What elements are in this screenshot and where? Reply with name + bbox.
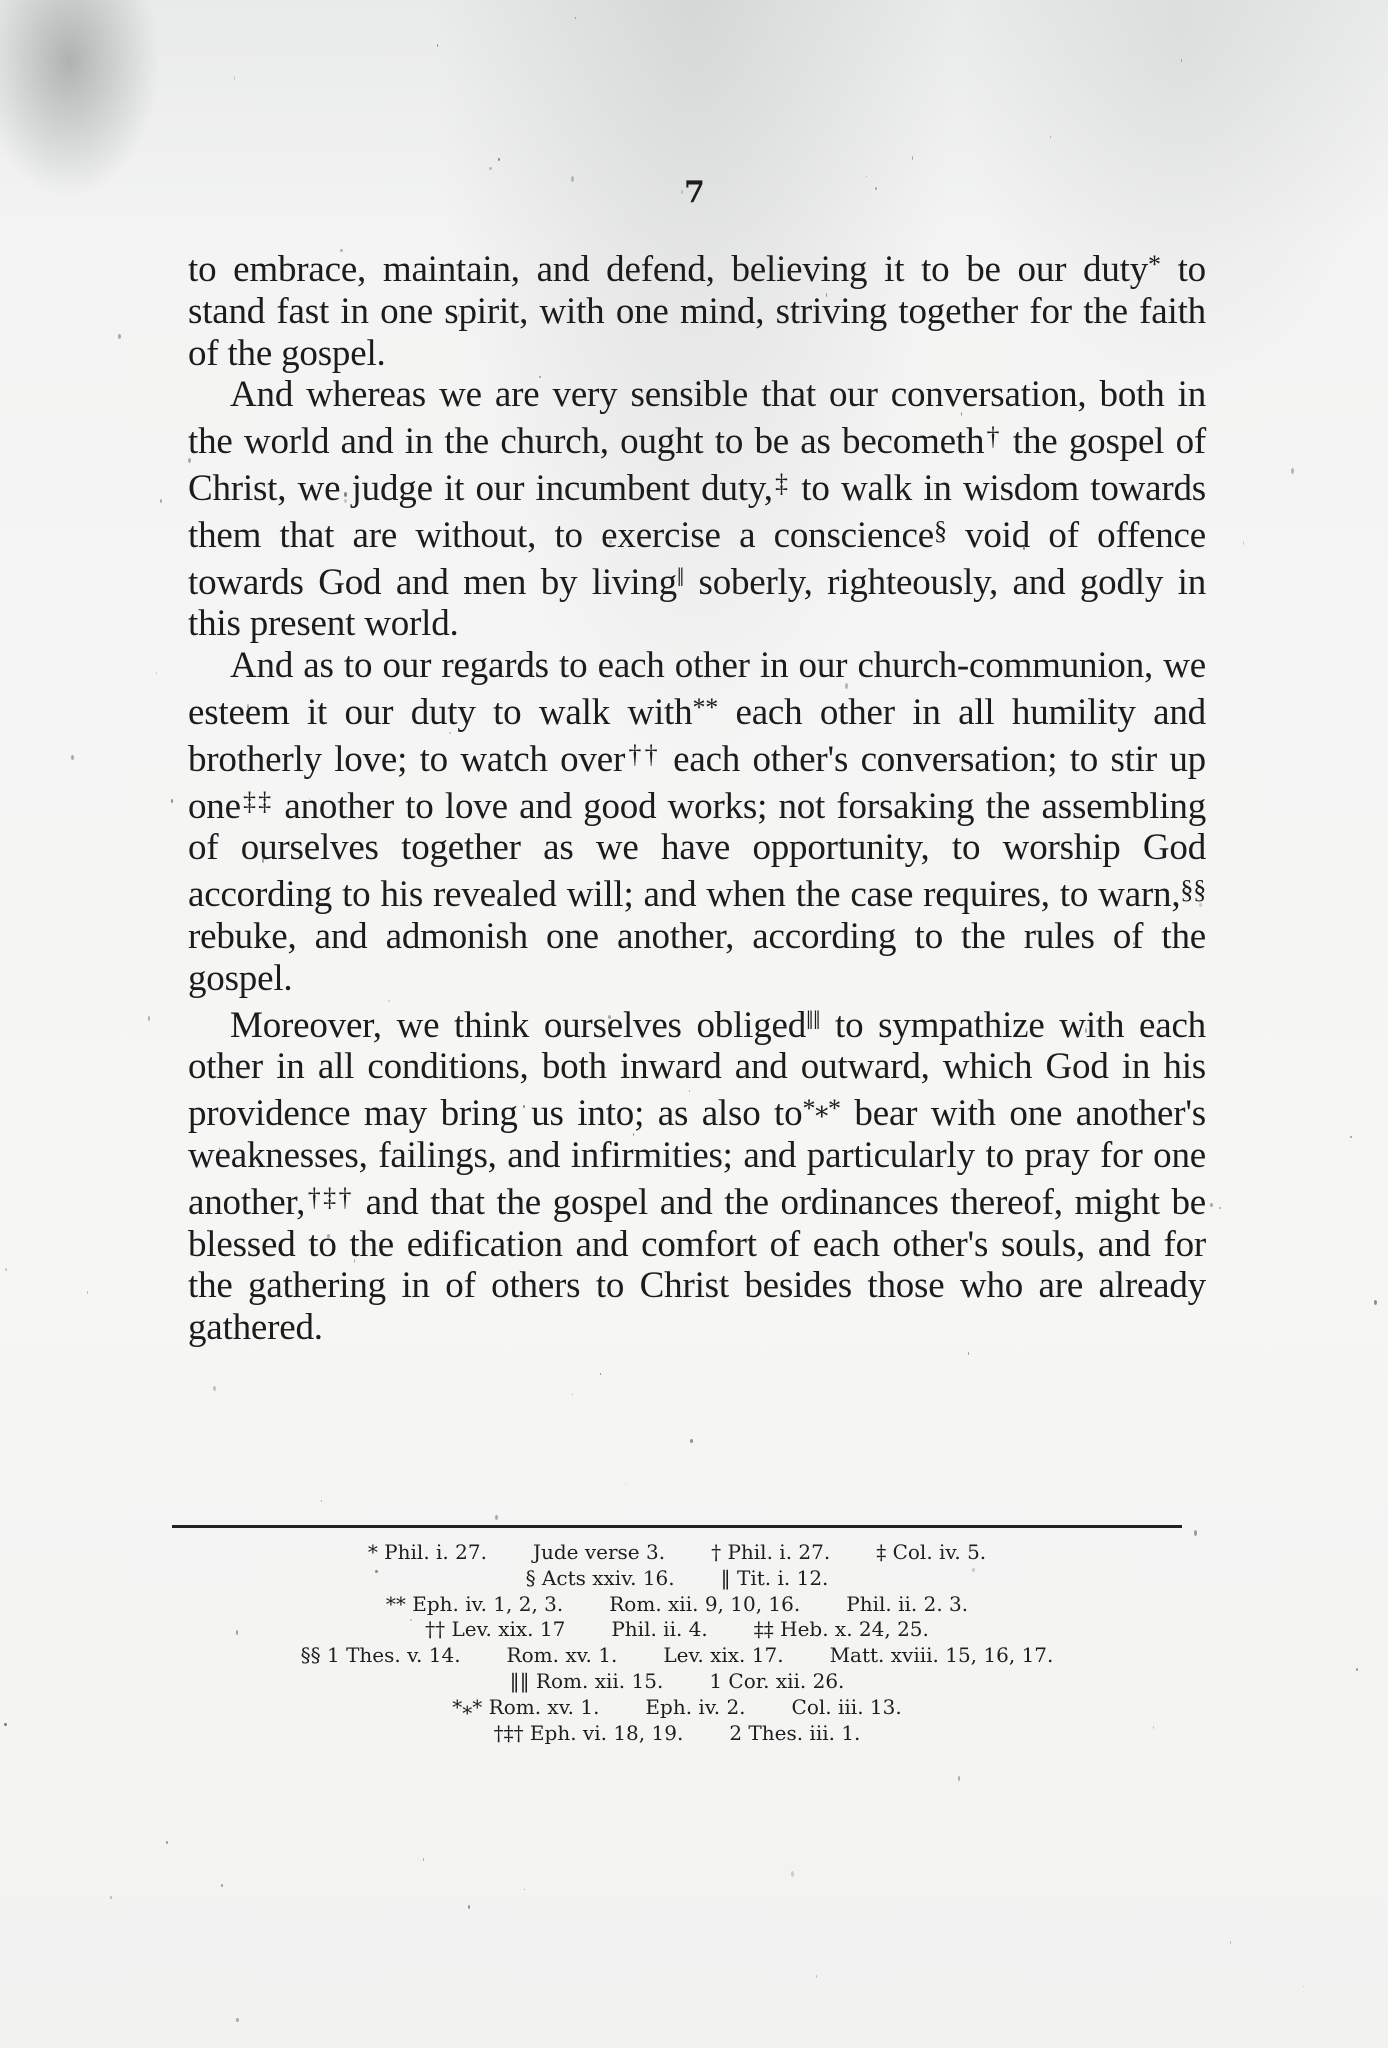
footnote-citation: 1 Cor. xii. 26. xyxy=(709,1669,844,1695)
spacer xyxy=(461,1643,507,1669)
footnote-reference: ‖ xyxy=(677,563,684,592)
footnote-citation: ** Eph. iv. 1, 2, 3. xyxy=(386,1592,563,1618)
footnote-line: ‖‖ Rom. xii. 15.1 Cor. xii. 26. xyxy=(172,1669,1182,1695)
spacer xyxy=(800,1592,846,1618)
footnote-reference: † xyxy=(984,422,1001,451)
spacer xyxy=(675,1566,721,1592)
footnote-reference: ‡ xyxy=(773,469,790,498)
spacer xyxy=(563,1592,609,1618)
spacer xyxy=(617,1643,663,1669)
footnote-citation: Phil. ii. 2. 3. xyxy=(846,1592,968,1618)
footnote-citation: Lev. xix. 17. xyxy=(663,1643,783,1669)
footnote-citation: ‡ Col. iv. 5. xyxy=(876,1540,986,1566)
spacer xyxy=(565,1617,611,1643)
footnote-reference: * xyxy=(1148,250,1161,279)
page-number: 7 xyxy=(684,178,705,208)
spacer xyxy=(663,1669,709,1695)
footnote-reference: § xyxy=(934,516,947,545)
footnote-citation: †† Lev. xix. 17 xyxy=(425,1617,565,1643)
footnote-citation: ‖ Tit. i. 12. xyxy=(721,1566,829,1592)
spacer xyxy=(665,1540,711,1566)
footnote-citation: † Phil. i. 27. xyxy=(711,1540,830,1566)
footnote-citation: Rom. xii. 9, 10, 16. xyxy=(609,1592,800,1618)
footnote-citation: * Phil. i. 27. xyxy=(368,1540,487,1566)
footnote-reference: *⁎* xyxy=(802,1094,840,1123)
footnote-citation: *⁎* Rom. xv. 1. xyxy=(452,1695,599,1721)
footnote-citation: Phil. ii. 4. xyxy=(611,1617,707,1643)
spacer xyxy=(599,1695,645,1721)
footnote-citation: 2 Thes. iii. 1. xyxy=(729,1721,860,1747)
paragraph-text: rebuke, and admonish one another, accord… xyxy=(188,916,1206,999)
footnote-line: * Phil. i. 27.Jude verse 3.† Phil. i. 27… xyxy=(172,1540,1182,1566)
spacer xyxy=(683,1721,729,1747)
spacer xyxy=(487,1540,533,1566)
footnote-line: ** Eph. iv. 1, 2, 3.Rom. xii. 9, 10, 16.… xyxy=(172,1592,1182,1618)
spacer xyxy=(830,1540,876,1566)
paragraph: Moreover, we think ourselves obliged‖‖ t… xyxy=(188,1000,1206,1349)
footnote-reference: †‡† xyxy=(305,1183,354,1212)
footnote-citation: ‖‖ Rom. xii. 15. xyxy=(510,1669,664,1695)
paragraph: And as to our regards to each other in o… xyxy=(188,645,1206,999)
footnote-citation: Rom. xv. 1. xyxy=(507,1643,618,1669)
paragraph-text: to embrace, maintain, and defend, believ… xyxy=(188,249,1148,290)
footnote-reference: §§ xyxy=(1180,875,1206,904)
footnote-citation: Col. iii. 13. xyxy=(792,1695,902,1721)
footnote-citation: Eph. iv. 2. xyxy=(645,1695,745,1721)
footnote-reference: †† xyxy=(625,740,661,769)
footnote-citation: § Acts xxiv. 16. xyxy=(526,1566,675,1592)
scanned-page: 7 to embrace, maintain, and defend, beli… xyxy=(0,0,1388,2048)
footnote-citation: †‡† Eph. vi. 18, 19. xyxy=(494,1721,684,1747)
footnote-citation: Jude verse 3. xyxy=(533,1540,665,1566)
paragraph: to embrace, maintain, and defend, believ… xyxy=(188,244,1206,374)
body-text: to embrace, maintain, and defend, believ… xyxy=(188,244,1206,1349)
footnote-reference: ‖‖ xyxy=(806,1006,820,1035)
footnote-reference: ‡‡ xyxy=(241,787,273,816)
footnotes: * Phil. i. 27.Jude verse 3.† Phil. i. 27… xyxy=(172,1540,1182,1746)
footnote-line: §§ 1 Thes. v. 14.Rom. xv. 1.Lev. xix. 17… xyxy=(172,1643,1182,1669)
footnote-citation: Matt. xviii. 15, 16, 17. xyxy=(830,1643,1054,1669)
footnote-line: § Acts xxiv. 16.‖ Tit. i. 12. xyxy=(172,1566,1182,1592)
footnote-line: †‡† Eph. vi. 18, 19.2 Thes. iii. 1. xyxy=(172,1721,1182,1747)
footnote-rule xyxy=(172,1525,1182,1528)
paragraph: And whereas we are very sensible that ou… xyxy=(188,374,1206,645)
spacer xyxy=(784,1643,830,1669)
footnote-citation: §§ 1 Thes. v. 14. xyxy=(301,1643,461,1669)
footnote-reference: ** xyxy=(692,693,718,722)
footnote-line: *⁎* Rom. xv. 1.Eph. iv. 2.Col. iii. 13. xyxy=(172,1695,1182,1721)
spacer xyxy=(746,1695,792,1721)
paragraph-text: another to love and good works; not fors… xyxy=(188,786,1206,916)
footnote-line: †† Lev. xix. 17Phil. ii. 4.‡‡ Heb. x. 24… xyxy=(172,1617,1182,1643)
paragraph-text: Moreover, we think ourselves obliged xyxy=(230,1005,806,1046)
footnote-citation: ‡‡ Heb. x. 24, 25. xyxy=(754,1617,929,1643)
spacer xyxy=(708,1617,754,1643)
